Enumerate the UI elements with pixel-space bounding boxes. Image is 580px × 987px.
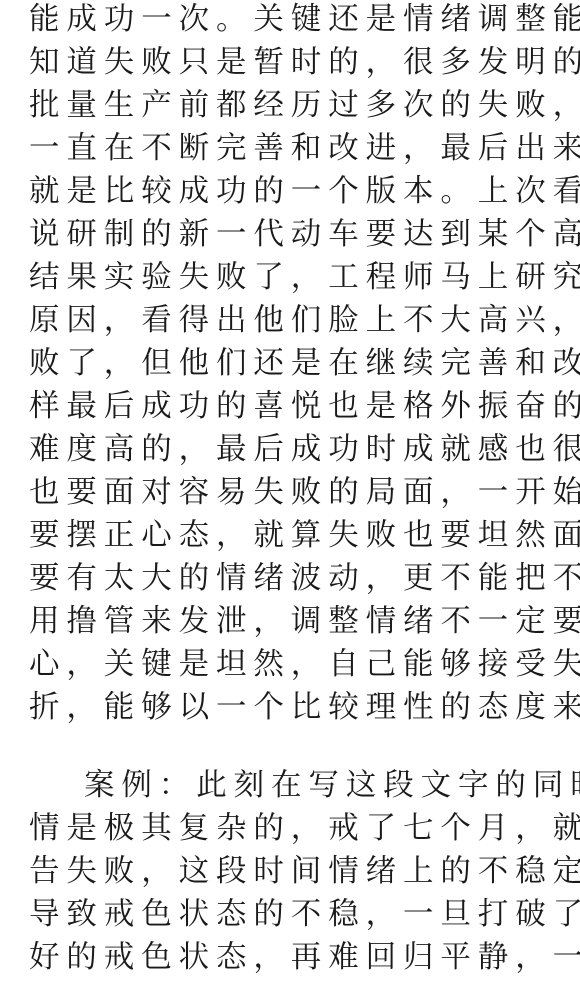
text-line: 就是比较成功的一个版本。上次看电视， bbox=[29, 172, 580, 212]
text-line: 说研制的新一代动车要达到某个高标准， bbox=[29, 215, 580, 255]
text-line: 批量生产前都经历过多次的失败，工程师 bbox=[29, 86, 580, 126]
text-line: 要有太大的情绪波动，更不能把不良情绪 bbox=[29, 559, 580, 599]
text-line: 原因，看得出他们脸上不大高兴，毕竟失 bbox=[29, 301, 580, 341]
text-line: 用撸管来发泄，调整情绪不一定要立刻开 bbox=[29, 602, 580, 642]
text-line: 导致戒色状态的不稳，一旦打破了那种良 bbox=[29, 895, 580, 935]
text-line: 告失败，这段时间情绪上的不稳定，从而 bbox=[29, 852, 580, 892]
text-line: 败了，但他们还是在继续完善和改进，这 bbox=[29, 344, 580, 384]
text-line: 样最后成功的喜悦也是格外振奋的。挑战 bbox=[29, 387, 580, 427]
text-line: 知道失败只是暂时的，很多发明的产品在 bbox=[29, 43, 580, 83]
text-line: 也要面对容易失败的局面，一开始自己就 bbox=[29, 473, 580, 513]
text-line: 要摆正心态，就算失败也要坦然面对，不 bbox=[29, 516, 580, 556]
text-line: 难度高的，最后成功时成就感也很大，但 bbox=[29, 430, 580, 470]
text-line: 情是极其复杂的，戒了七个月，就这样宣 bbox=[29, 809, 580, 849]
text-line: 心，关键是坦然，自己能够接受失败和挫 bbox=[29, 645, 580, 685]
text-line: 案例：此刻在写这段文字的同时，心 bbox=[84, 766, 580, 806]
text-line: 能成功一次。关键还是情绪调整能力，要 bbox=[29, 0, 580, 40]
text-line: 好的戒色状态，再难回归平静，一旦跟随 bbox=[29, 938, 580, 978]
text-line: 结果实验失败了，工程师马上研究失败的 bbox=[29, 258, 580, 298]
text-line: 折，能够以一个比较理性的态度来面对。 bbox=[29, 688, 580, 728]
text-line: 一直在不断完善和改进，最后出来的版本 bbox=[29, 129, 580, 169]
